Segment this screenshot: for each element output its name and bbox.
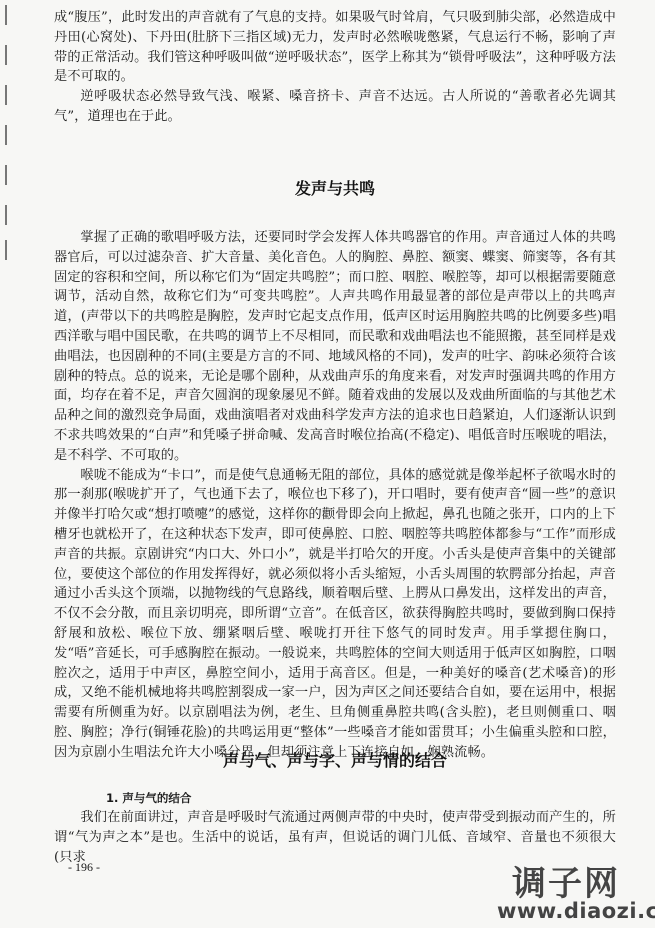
section-title-combination: 声与气、声与字、声与情的结合	[54, 748, 616, 771]
scan-margin-marks	[5, 0, 8, 300]
page-number: - 196 -	[68, 860, 100, 875]
margin-mark	[5, 125, 7, 145]
margin-mark	[5, 205, 7, 225]
top-text-block: 成“腹压”，此时发出的声音就有了气息的支持。如果吸气时耸肩，气只吸到肺尖部，必然…	[54, 8, 616, 127]
resonance-text-block: 掌握了正确的歌唱呼吸方法，还要同时学会发挥人体共鸣器官的作用。声音通过人体的共鸣…	[54, 228, 616, 763]
margin-mark	[5, 5, 7, 25]
watermark-title: 调子网	[512, 856, 620, 905]
margin-mark	[5, 165, 7, 185]
section-title-resonance: 发声与共鸣	[54, 176, 616, 199]
paragraph: 逆呼吸状态必然导致气浅、喉紧、嗓音挤卡、声音不达远。古人所说的“善歌者必先调其气…	[54, 87, 616, 127]
watermark-url: www.diaozi.com	[497, 899, 655, 923]
margin-mark	[5, 85, 7, 105]
margin-mark	[5, 240, 7, 260]
margin-mark	[5, 45, 7, 65]
paragraph: 喉咙不能成为“卡口”，而是使气息通畅无阻的部位，具体的感觉就是像举起杯子欲喝水时…	[54, 466, 616, 763]
subheading: 1. 声与气的结合	[106, 790, 191, 806]
paragraph: 成“腹压”，此时发出的声音就有了气息的支持。如果吸气时耸肩，气只吸到肺尖部，必然…	[54, 8, 616, 87]
paragraph: 掌握了正确的歌唱呼吸方法，还要同时学会发挥人体共鸣器官的作用。声音通过人体的共鸣…	[54, 228, 616, 466]
